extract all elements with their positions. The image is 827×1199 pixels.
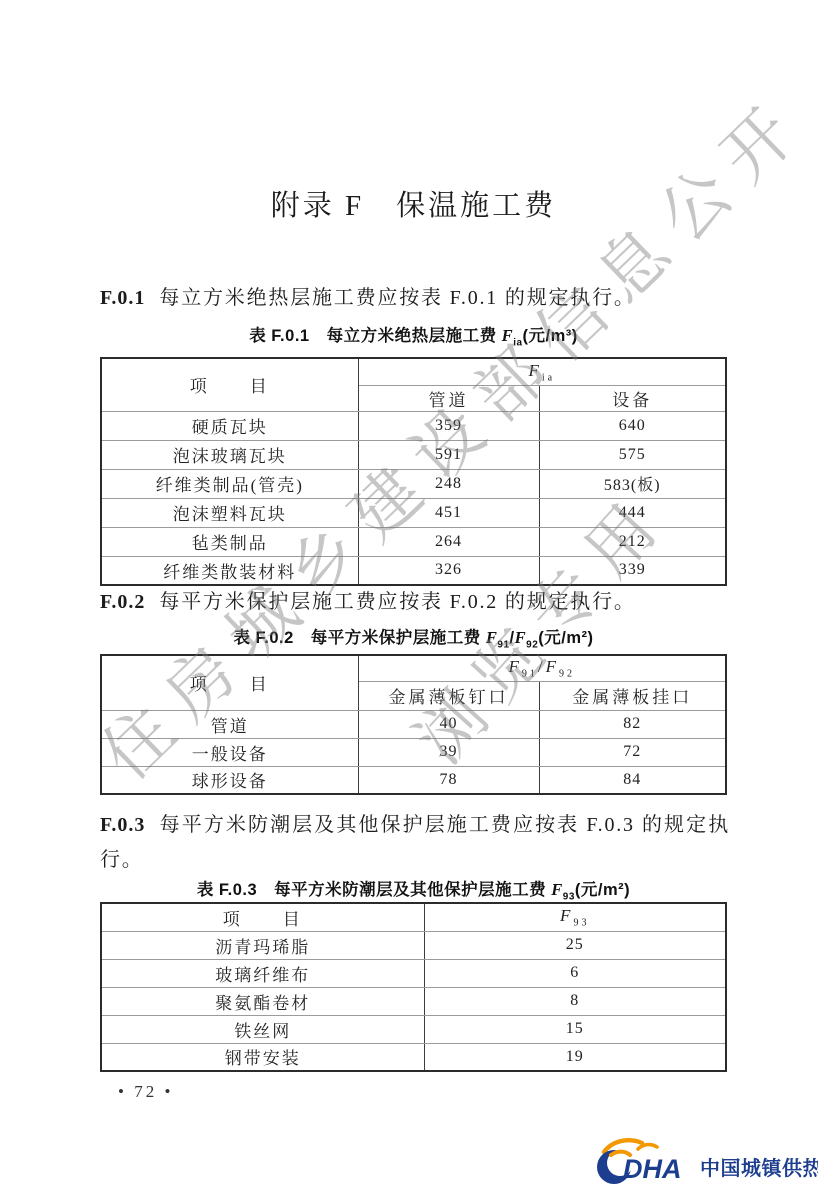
table1-caption-text: 表 F.0.1 每立方米绝热层施工费 [249,327,501,345]
association-logo: DHA 中国城镇供热协会 [590,1134,818,1191]
table1-group-subscript: ia [542,372,555,383]
table-cell: 球形设备 [101,766,358,794]
table-cell: 铁丝网 [101,1015,424,1043]
table2-group-subscript2: 92 [559,668,575,679]
table3-caption-symbol: F [551,880,563,899]
table-cell: 纤维类散装材料 [101,556,358,585]
table2-header-item: 项 目 [101,655,358,710]
table-cell: 583(板) [539,469,726,498]
table-row: 球形设备 78 84 [101,766,726,794]
table-cell: 575 [539,440,726,469]
section-f03-text: 每平方米防潮层及其他保护层施工费应按表 F.0.3 的规定执行。 [100,814,730,871]
table-cell: 82 [539,710,726,738]
logo-arc-small [638,1145,657,1149]
table2-caption: 表 F.0.2 每平方米保护层施工费 F91/F92(元/m²) [100,624,727,650]
section-f01-paragraph: F.0.1每立方米绝热层施工费应按表 F.0.1 的规定执行。 [100,281,730,316]
table2-caption-symbol2: F [515,628,527,647]
table-row: 钢带安装 19 [101,1043,726,1071]
table1-header-equip: 设备 [539,385,726,411]
table2-header-nail: 金属薄板钉口 [358,681,539,710]
section-f03-paragraph: F.0.3每平方米防潮层及其他保护层施工费应按表 F.0.3 的规定执行。 [100,808,730,878]
table-cell: 钢带安装 [101,1043,424,1071]
table3-group-symbol: F [560,906,573,925]
table-cell: 管道 [101,710,358,738]
logo-acronym: DHA [623,1154,682,1184]
page-number: • 72 • [118,1082,173,1102]
section-f03-label: F.0.3 [100,814,145,836]
table-cell: 72 [539,738,726,766]
section-f02-label: F.0.2 [100,591,145,613]
table-cell: 一般设备 [101,738,358,766]
table-f02: 项 目 F91/F92 金属薄板钉口 金属薄板挂口 管道 40 82 一般设备 … [100,654,727,795]
table2-group-symbol1: F [508,657,521,676]
table-cell: 326 [358,556,539,585]
table-cell: 聚氨酯卷材 [101,987,424,1015]
table-row: 沥青玛琋脂 25 [101,931,726,959]
table1-header-pipe: 管道 [358,385,539,411]
logo-org-name: 中国城镇供热协会 [700,1156,818,1180]
table3-header-group: F93 [424,903,726,931]
table-row: 玻璃纤维布 6 [101,959,726,987]
table-cell: 248 [358,469,539,498]
page-title: 附录 F 保温施工费 [0,183,827,224]
table-cell: 纤维类制品(管壳) [101,469,358,498]
table2-header-hook: 金属薄板挂口 [539,681,726,710]
section-f01-text: 每立方米绝热层施工费应按表 F.0.1 的规定执行。 [159,287,635,309]
table-cell: 40 [358,710,539,738]
table-cell: 78 [358,766,539,794]
table-row: 硬质瓦块 359 640 [101,411,726,440]
table-row: 一般设备 39 72 [101,738,726,766]
dha-logo-graphic: DHA 中国城镇供热协会 [590,1134,818,1186]
table-row: 聚氨酯卷材 8 [101,987,726,1015]
table-cell: 毡类制品 [101,527,358,556]
table-cell: 640 [539,411,726,440]
table-cell: 泡沫塑料瓦块 [101,498,358,527]
table1-caption-unit: (元/m³) [523,327,578,345]
table-cell: 264 [358,527,539,556]
table3-caption-subscript: 93 [563,891,575,902]
table1-group-symbol: F [528,361,541,380]
table-row: 纤维类制品(管壳) 248 583(板) [101,469,726,498]
table3-caption-unit: (元/m²) [575,881,630,899]
table2-caption-unit: (元/m²) [538,629,593,647]
table2-caption-symbol1: F [486,628,498,647]
table-row: 铁丝网 15 [101,1015,726,1043]
table2-caption-text: 表 F.0.2 每平方米保护层施工费 [233,629,485,647]
table-cell: 8 [424,987,726,1015]
table3-caption-text: 表 F.0.3 每平方米防潮层及其他保护层施工费 [197,881,551,899]
section-f02-text: 每平方米保护层施工费应按表 F.0.2 的规定执行。 [159,591,635,613]
section-f01-label: F.0.1 [100,287,145,309]
table-cell: 6 [424,959,726,987]
table2-header-group: F91/F92 [358,655,726,681]
table-cell: 591 [358,440,539,469]
table-cell: 玻璃纤维布 [101,959,424,987]
table1-caption-subscript: ia [513,337,522,348]
table-cell: 19 [424,1043,726,1071]
document-page: 住房城乡建设部信息公开 浏览专用 附录 F 保温施工费 F.0.1每立方米绝热层… [0,0,827,1199]
table-row: 泡沫塑料瓦块 451 444 [101,498,726,527]
table-cell: 15 [424,1015,726,1043]
table-f03: 项 目 F93 沥青玛琋脂 25 玻璃纤维布 6 聚氨酯卷材 8 铁丝网 15 … [100,902,727,1072]
table1-caption-symbol: F [502,326,514,345]
table2-group-symbol2: F [546,657,559,676]
table-cell: 泡沫玻璃瓦块 [101,440,358,469]
table3-header-item: 项 目 [101,903,424,931]
table1-caption: 表 F.0.1 每立方米绝热层施工费 Fia(元/m³) [100,322,727,348]
table2-caption-subscript2: 92 [526,639,538,650]
table-cell: 451 [358,498,539,527]
table-cell: 339 [539,556,726,585]
table3-caption: 表 F.0.3 每平方米防潮层及其他保护层施工费 F93(元/m²) [100,876,727,902]
table-cell: 84 [539,766,726,794]
table-cell: 沥青玛琋脂 [101,931,424,959]
table2-group-slash: / [538,657,546,676]
section-f02-paragraph: F.0.2每平方米保护层施工费应按表 F.0.2 的规定执行。 [100,585,730,620]
table-row: 纤维类散装材料 326 339 [101,556,726,585]
table-cell: 212 [539,527,726,556]
table1-header-item: 项 目 [101,358,358,411]
table-cell: 359 [358,411,539,440]
table2-group-subscript1: 91 [522,668,538,679]
table-cell: 39 [358,738,539,766]
table-f01: 项 目 Fia 管道 设备 硬质瓦块 359 640 泡沫玻璃瓦块 591 57… [100,357,727,586]
table-cell: 25 [424,931,726,959]
table2-caption-subscript1: 91 [497,639,509,650]
table-row: 泡沫玻璃瓦块 591 575 [101,440,726,469]
table-cell: 硬质瓦块 [101,411,358,440]
table1-header-group: Fia [358,358,726,385]
table-cell: 444 [539,498,726,527]
table-row: 管道 40 82 [101,710,726,738]
table-row: 毡类制品 264 212 [101,527,726,556]
table3-group-subscript: 93 [573,917,589,928]
